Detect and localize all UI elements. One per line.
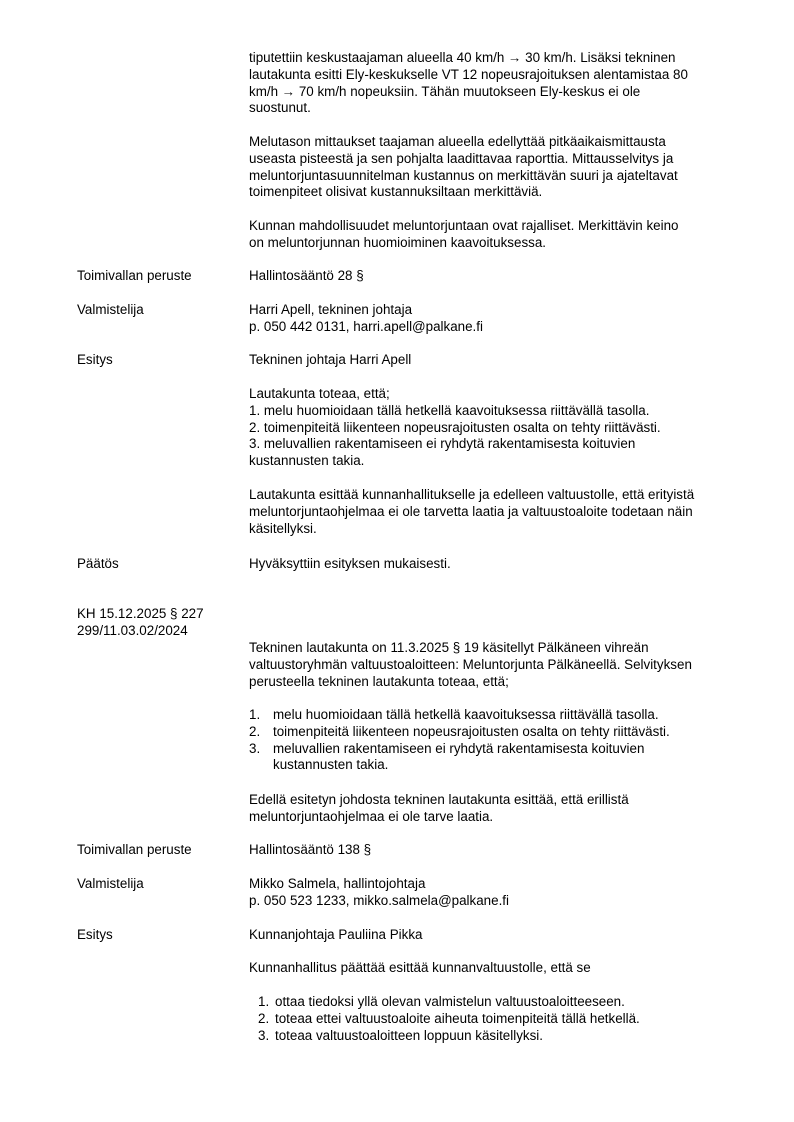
meeting-reference: KH 15.12.2025 § 227 299/11.03.02/2024: [77, 606, 204, 640]
board-proposal-paragraph: Lautakunta esittää kunnanhallitukselle j…: [249, 487, 774, 537]
list-item: 1. melu huomioidaan tällä hetkellä kaavo…: [249, 707, 774, 724]
authority-basis-value-2: Hallintosääntö 138 §: [249, 842, 774, 859]
council-proposal-intro: Kunnanhallitus päättää esittää kunnanval…: [249, 960, 774, 977]
list-item: 3. meluvallien rakentamiseen ei ryhdytä …: [249, 741, 774, 775]
decision-label: Päätös: [77, 556, 119, 573]
document-page: tiputettiin keskustaajaman alueella 40 k…: [0, 0, 794, 1122]
proposal-presenter: Tekninen johtaja Harri Apell: [249, 352, 774, 369]
speed-limit-paragraph: tiputettiin keskustaajaman alueella 40 k…: [249, 50, 774, 117]
proposal-presenter-2: Kunnanjohtaja Pauliina Pikka: [249, 927, 774, 944]
conclusion-paragraph: Edellä esitetyn johdosta tekninen lautak…: [249, 792, 774, 826]
municipality-options-paragraph: Kunnan mahdollisuudet meluntorjuntaan ov…: [249, 218, 774, 252]
board-findings-paragraph: Lautakunta toteaa, että; 1. melu huomioi…: [249, 386, 774, 470]
council-intro-paragraph: Tekninen lautakunta on 11.3.2025 § 19 kä…: [249, 640, 774, 690]
noise-measurement-paragraph: Melutason mittaukset taajaman alueella e…: [249, 134, 774, 201]
preparer-info-2: Mikko Salmela, hallintojohtaja p. 050 52…: [249, 876, 774, 910]
preparer-info: Harri Apell, tekninen johtaja p. 050 442…: [249, 302, 774, 336]
authority-basis-value: Hallintosääntö 28 §: [249, 268, 774, 285]
list-item: 2. toimenpiteitä liikenteen nopeusrajoit…: [249, 724, 774, 741]
proposal-label: Esitys: [77, 352, 113, 369]
authority-basis-label-2: Toimivallan peruste: [77, 842, 192, 859]
preparer-label: Valmistelija: [77, 302, 144, 319]
list-item: 3. toteaa valtuustoaloitteen loppuun käs…: [249, 1028, 640, 1045]
decision-value: Hyväksyttiin esityksen mukaisesti.: [249, 556, 774, 573]
preparer-label-2: Valmistelija: [77, 876, 144, 893]
proposals-list: 1. ottaa tiedoksi yllä olevan valmistelu…: [249, 994, 640, 1044]
proposal-label-2: Esitys: [77, 927, 113, 944]
list-item: 1. ottaa tiedoksi yllä olevan valmistelu…: [249, 994, 640, 1011]
list-item: 2. toteaa ettei valtuustoaloite aiheuta …: [249, 1011, 640, 1028]
authority-basis-label: Toimivallan peruste: [77, 268, 192, 285]
findings-list: 1. melu huomioidaan tällä hetkellä kaavo…: [249, 707, 774, 774]
